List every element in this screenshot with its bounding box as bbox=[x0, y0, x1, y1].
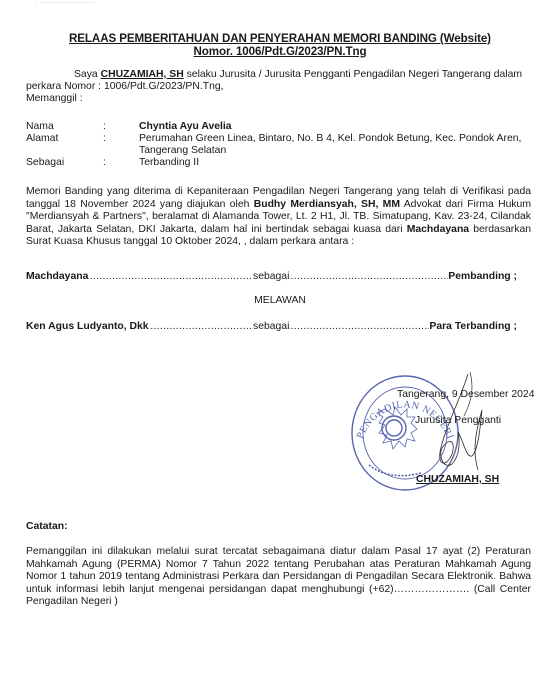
notes-text: Pemanggilan ini dilakukan melalui surat … bbox=[26, 546, 531, 609]
value-alamat: Perumahan Green Linea, Bintaro, No. B 4,… bbox=[139, 133, 521, 144]
appellant-name: Machdayana bbox=[26, 271, 88, 282]
signature-place-date: Tangerang, 9 Desember 2024 bbox=[397, 389, 534, 400]
label-nama: Nama bbox=[26, 121, 54, 132]
colon: : bbox=[103, 133, 106, 144]
document-title: RELAAS PEMBERITAHUAN DAN PENYERAHAN MEMO… bbox=[0, 32, 560, 45]
intro-role: selaku Jurusita / Jurusita Pengganti Pen… bbox=[187, 69, 522, 80]
appellant-sebagai: sebagai bbox=[253, 271, 289, 282]
lawyer-name: Budhy Merdiansyah, SH, MM bbox=[254, 199, 400, 210]
intro-line-1: Saya CHUZAMIAH, SH selaku Jurusita / Jur… bbox=[74, 69, 522, 80]
document-number: Nomor. 1006/Pdt.G/2023/PN.Tng bbox=[0, 45, 560, 58]
signature-name: CHUZAMIAH, SH bbox=[416, 474, 499, 485]
respondent-name: Ken Agus Ludyanto, Dkk bbox=[26, 321, 149, 332]
memori-banding-paragraph: Memori Banding yang diterima di Kepanite… bbox=[26, 186, 531, 249]
label-alamat: Alamat bbox=[26, 133, 58, 144]
value-nama: Chyntia Ayu Avelia bbox=[139, 121, 232, 132]
colon: : bbox=[103, 121, 106, 132]
respondent-sebagai: sebagai bbox=[253, 321, 289, 332]
signature-position: Jurusita Pengganti bbox=[415, 415, 501, 426]
officer-name: CHUZAMIAH, SH bbox=[101, 69, 184, 80]
colon: : bbox=[103, 157, 106, 168]
bleed-through-mark bbox=[40, 2, 95, 3]
value-sebagai: Terbanding II bbox=[139, 157, 199, 168]
handwritten-signature-icon bbox=[430, 370, 490, 485]
intro-case-number: perkara Nomor : 1006/Pdt.G/2023/PN.Tng, bbox=[26, 81, 224, 92]
appellant-role: Pembanding ; bbox=[448, 271, 517, 282]
party-respondent: ........................................… bbox=[26, 321, 517, 335]
respondent-role: Para Terbanding ; bbox=[429, 321, 517, 332]
melawan-label: MELAWAN bbox=[0, 295, 560, 306]
intro-memanggil: Memanggil : bbox=[26, 93, 83, 104]
client-name: Machdayana bbox=[407, 224, 469, 235]
notes-heading: Catatan: bbox=[26, 521, 68, 532]
label-sebagai: Sebagai bbox=[26, 157, 64, 168]
intro-saya: Saya bbox=[74, 69, 98, 80]
bleed-through-mark: | bbox=[35, 0, 37, 7]
party-appellant: ........................................… bbox=[26, 271, 517, 285]
value-alamat-line-2: Tangerang Selatan bbox=[139, 145, 226, 156]
